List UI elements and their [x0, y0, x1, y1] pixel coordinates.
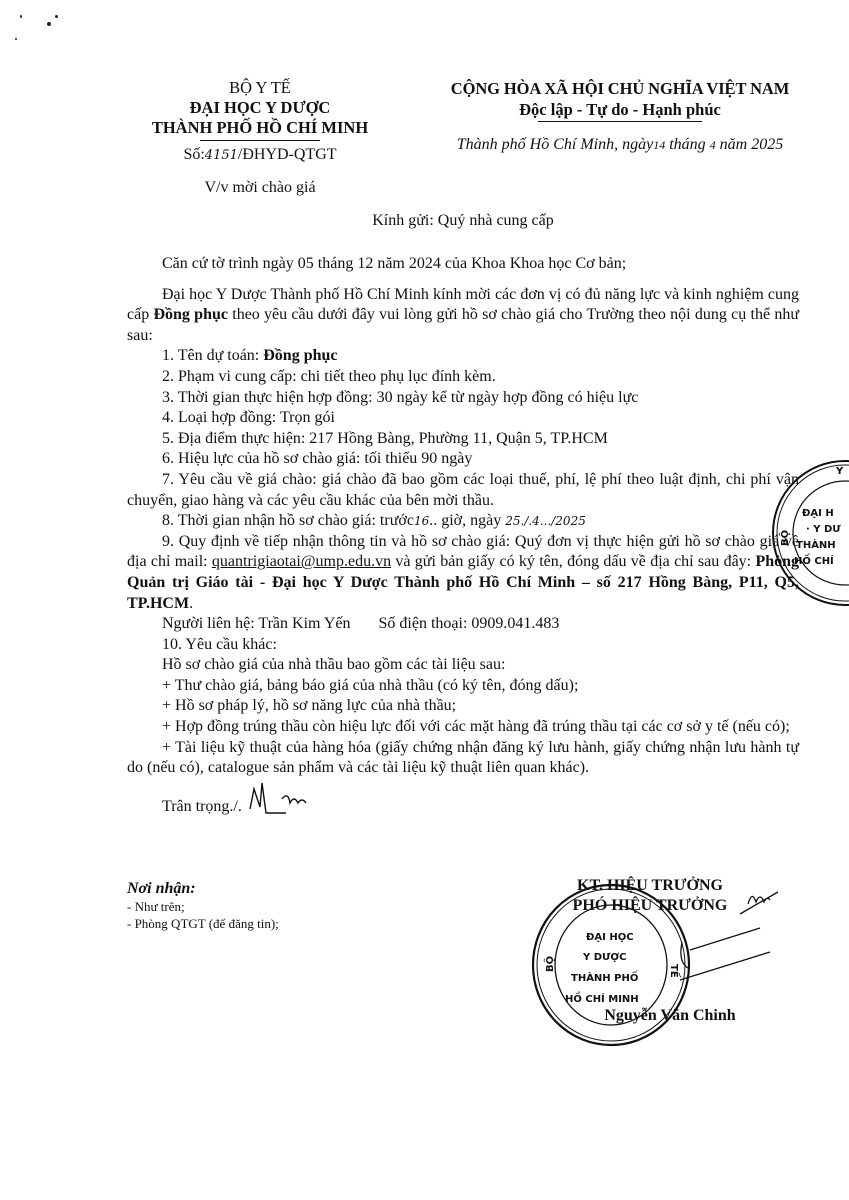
item-10-b: + Hồ sơ pháp lý, hồ sơ năng lực của nhà … [127, 696, 799, 717]
svg-text:ĐẠI HỌC: ĐẠI HỌC [586, 932, 634, 943]
handwritten-signature-icon [640, 880, 780, 990]
svg-text:ĐẠI H: ĐẠI H [802, 508, 834, 519]
item-7: 7. Yêu cầu về giá chào: giá chào đã bao … [127, 470, 799, 511]
recipient-item: - Phòng QTGT (để đăng tin); [127, 915, 427, 932]
document-number: Số:4151/ĐHYD-QTGT [120, 145, 400, 166]
university-name-line1: ĐẠI HỌC Y DƯỢC [120, 98, 400, 118]
svg-text:HỐ CHÍ: HỐ CHÍ [794, 552, 834, 567]
item-9: 9. Quy định về tiếp nhận thông tin và hồ… [127, 532, 799, 614]
ministry-name: BỘ Y TẾ [120, 78, 400, 98]
product-name: Đồng phục [153, 306, 228, 323]
salutation: Kính gửi: Quý nhà cung cấp [127, 211, 799, 232]
recipients-title: Nơi nhận: [127, 880, 427, 898]
deadline-hour: 16 [414, 514, 429, 528]
doc-number-suffix: /ĐHYD-QTGT [238, 146, 337, 163]
national-motto: Độc lập - Tự do - Hạnh phúc [420, 99, 820, 120]
svg-text:Y DƯỢC: Y DƯỢC [582, 952, 626, 963]
item-5: 5. Địa điểm thực hiện: 217 Hồng Bàng, Ph… [127, 429, 799, 450]
doc-number-label: Số: [183, 146, 204, 163]
item-10: 10. Yêu cầu khác: [127, 635, 799, 656]
date-day: 14 [653, 138, 665, 152]
partial-seal-icon: Y ĐẠI H · Y DƯ THÀNH HỐ CHÍ BỘ [770, 458, 849, 608]
nation-name: CỘNG HÒA XÃ HỘI CHỦ NGHĨA VIỆT NAM [420, 78, 820, 99]
item-3: 3. Thời gian thực hiện hợp đồng: 30 ngày… [127, 388, 799, 409]
svg-text:· Y DƯ: · Y DƯ [806, 524, 841, 535]
svg-text:THÀNH: THÀNH [796, 538, 836, 551]
date-year: năm 2025 [720, 136, 784, 153]
document-subject: V/v mời chào giá [120, 178, 400, 198]
date-prefix: Thành phố Hồ Chí Minh, ngày [457, 136, 653, 153]
item-4: 4. Loại hợp đồng: Trọn gói [127, 408, 799, 429]
item-6: 6. Hiệu lực của hồ sơ chào giá: tối thiể… [127, 449, 799, 470]
svg-text:Y: Y [835, 466, 844, 477]
document-date: Thành phố Hồ Chí Minh, ngày14 tháng 4 nă… [420, 134, 820, 156]
deadline-date: 25./.4.../2025 [505, 514, 586, 528]
issuer-header: BỘ Y TẾ ĐẠI HỌC Y DƯỢC THÀNH PHỐ HỒ CHÍ … [120, 78, 400, 198]
item-10-c: + Hợp đồng trúng thầu còn hiệu lực đối v… [127, 717, 799, 738]
initials-signature-icon [246, 779, 316, 819]
recipients-block: Nơi nhận: - Như trên; - Phòng QTGT (để đ… [127, 880, 427, 932]
university-name-line2: THÀNH PHỐ HỒ CHÍ MINH [120, 118, 400, 138]
date-month-label: tháng [669, 136, 705, 153]
letter-body: Căn cứ tờ trình ngày 05 tháng 12 năm 202… [127, 254, 799, 819]
basis-paragraph: Căn cứ tờ trình ngày 05 tháng 12 năm 202… [127, 254, 799, 275]
item-8: 8. Thời gian nhận hồ sơ chào giá: trước1… [127, 511, 799, 532]
email-link[interactable]: quantrigiaotai@ump.edu.vn [212, 553, 391, 570]
item-10-intro: Hồ sơ chào giá của nhà thầu bao gồm các … [127, 655, 799, 676]
date-month: 4 [710, 138, 716, 152]
svg-text:BỘ: BỘ [543, 956, 556, 972]
item-2: 2. Phạm vi cung cấp: chi tiết theo phụ l… [127, 367, 799, 388]
national-header: CỘNG HÒA XÃ HỘI CHỦ NGHĨA VIỆT NAM Độc l… [420, 78, 820, 156]
svg-text:HỒ CHÍ MINH: HỒ CHÍ MINH [565, 990, 639, 1005]
closing: Trân trọng./. [127, 779, 799, 819]
intro-paragraph: Đại học Y Dược Thành phố Hồ Chí Minh kín… [127, 285, 799, 347]
recipient-item: - Như trên; [127, 898, 427, 915]
motto-underline [538, 121, 702, 122]
item-1: 1. Tên dự toán: Đồng phục [127, 346, 799, 367]
doc-number-handwritten: 4151 [205, 148, 238, 163]
item-10-d: + Tài liệu kỹ thuật của hàng hóa (giấy c… [127, 738, 799, 779]
signer-name: Nguyễn Văn Chinh [560, 1007, 780, 1025]
svg-text:BỘ: BỘ [778, 530, 791, 546]
svg-text:THÀNH PHỐ: THÀNH PHỐ [571, 969, 638, 984]
header-underline [200, 140, 320, 141]
item-10-a: + Thư chào giá, bảng báo giá của nhà thầ… [127, 676, 799, 697]
contact-line: Người liên hệ: Trần Kim YếnSố điện thoại… [127, 614, 799, 635]
